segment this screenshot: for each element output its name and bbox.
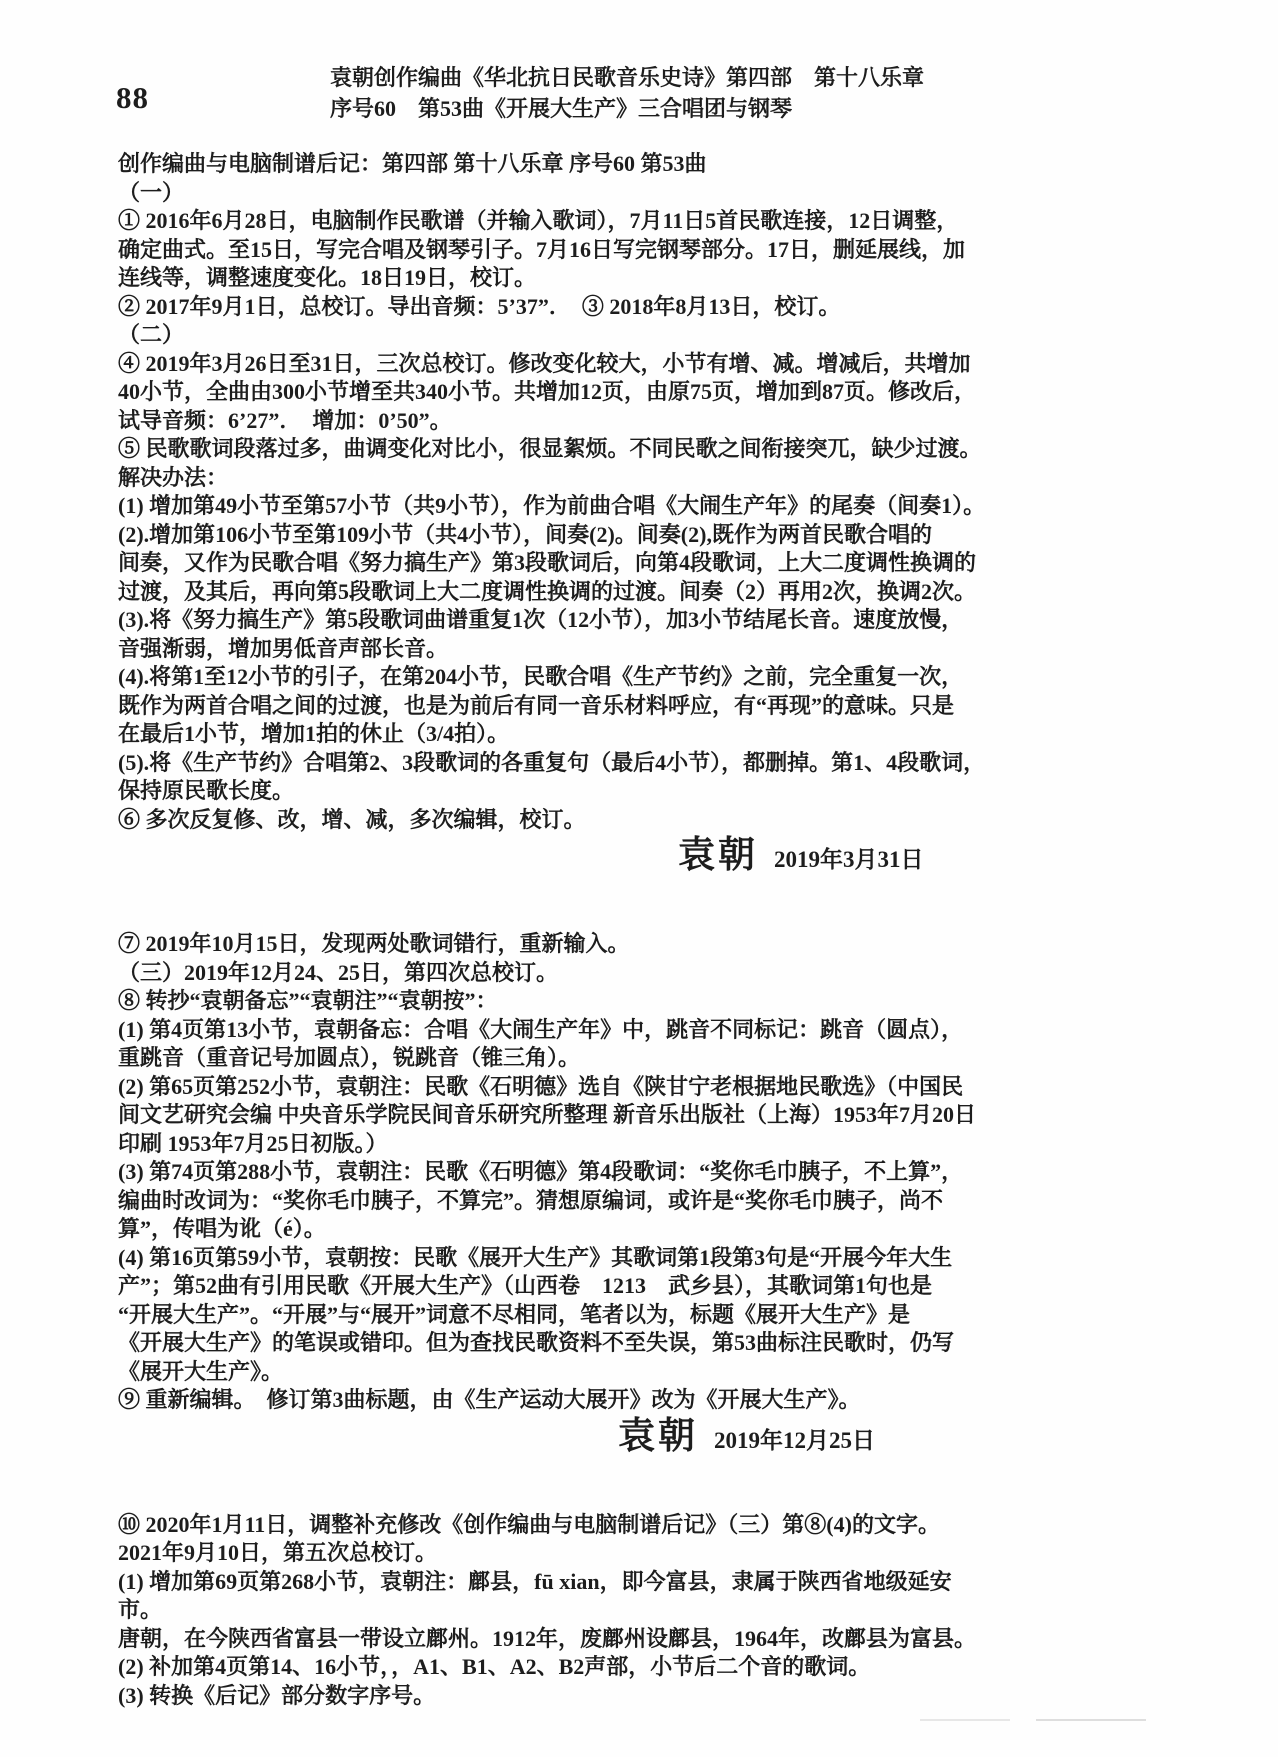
text-line: 在最后1小节，增加1拍的休止（3/4拍）。	[118, 720, 1178, 749]
text-line: ④ 2019年3月26日至31日，三次总校订。修改变化较大，小节有增、减。增减后…	[118, 350, 1178, 379]
text-line: “开展大生产”。“开展”与“展开”词意不尽相同，笔者以为，标题《展开大生产》是	[118, 1301, 1178, 1330]
text-line: 算”，传唱为讹（é）。	[118, 1215, 1178, 1244]
text-line: (2) 第65页第252小节，袁朝注：民歌《石明德》选自《陕甘宁老根据地民歌选》…	[118, 1073, 1178, 1102]
text-line: (4) 第16页第59小节，袁朝按：民歌《展开大生产》其歌词第1段第3句是“开展…	[118, 1244, 1178, 1273]
text-line: 解决办法：	[118, 464, 1178, 493]
text-line: (4).将第1至12小节的引子，在第204小节，民歌合唱《生产节约》之前，完全重…	[118, 663, 1178, 692]
text-line: 音强渐弱，增加男低音声部长音。	[118, 635, 1178, 664]
text-line: 《开展大生产》的笔误或错印。但为查找民歌资料不至失误，第53曲标注民歌时，仍写	[118, 1329, 1178, 1358]
text-line: 既作为两首合唱之间的过渡，也是为前后有同一音乐材料呼应，有“再现”的意味。只是	[118, 692, 1178, 721]
text-line: (3) 转换《后记》部分数字序号。	[118, 1682, 1178, 1711]
text-line: 创作编曲与电脑制谱后记：第四部 第十八乐章 序号60 第53曲	[118, 150, 1178, 179]
text-line: （二）	[118, 321, 1178, 350]
text-line: （三）2019年12月24、25日，第四次总校订。	[118, 959, 1178, 988]
text-line: (1) 第4页第13小节，袁朝备忘：合唱《大闹生产年》中，跳音不同标记：跳音（圆…	[118, 1016, 1178, 1045]
text-line: ⑨ 重新编辑。 修订第3曲标题，由《生产运动大展开》改为《开展大生产》。	[118, 1386, 1178, 1415]
header-line-2: 序号60 第53曲《开展大生产》三合唱团与钢琴	[330, 93, 924, 124]
watermark-mark-right	[1036, 1719, 1146, 1721]
text-line: 《展开大生产》。	[118, 1358, 1178, 1387]
text-line: (3).将《努力搞生产》第5段歌词曲谱重复1次（12小节），加3小节结尾长音。速…	[118, 606, 1178, 635]
text-line: 唐朝，在今陕西省富县一带设立鄜州。1912年，废鄜州设鄜县，1964年，改鄜县为…	[118, 1625, 1178, 1654]
text-line: 市。	[118, 1596, 1178, 1625]
text-line: ⑤ 民歌歌词段落过多，曲调变化对比小，很显絮烦。不同民歌之间衔接突兀，缺少过渡。	[118, 435, 1178, 464]
signature-name: 袁朝	[618, 1423, 698, 1452]
vertical-gap	[118, 1471, 1178, 1511]
text-line: 编曲时改词为：“奖你毛巾胰子，不算完”。猜想原编词，或许是“奖你毛巾胰子，尚不	[118, 1187, 1178, 1216]
text-line: (1) 增加第49小节至第57小节（共9小节），作为前曲合唱《大闹生产年》的尾奏…	[118, 492, 1178, 521]
text-line: ⑧ 转抄“袁朝备忘”“袁朝注”“袁朝按”：	[118, 987, 1178, 1016]
text-line: ① 2016年6月28日，电脑制作民歌谱（并输入歌词），7月11日5首民歌连接，…	[118, 207, 1178, 236]
text-line: (2) 补加第4页第14、16小节，，A1、B1、A2、B2声部，小节后二个音的…	[118, 1653, 1178, 1682]
text-line: (5).将《生产节约》合唱第2、3段歌词的各重复句（最后4小节），都删掉。第1、…	[118, 749, 1178, 778]
document-header: 袁朝创作编曲《华北抗日民歌音乐史诗》第四部 第十八乐章 序号60 第53曲《开展…	[330, 62, 924, 124]
signature-block: 袁朝2019年3月31日	[118, 842, 1178, 890]
document-body: 创作编曲与电脑制谱后记：第四部 第十八乐章 序号60 第53曲（一）① 2016…	[118, 150, 1178, 1710]
document-page: 88 袁朝创作编曲《华北抗日民歌音乐史诗》第四部 第十八乐章 序号60 第53曲…	[0, 0, 1278, 1757]
text-line: 试导音频：6’27”． 增加：0’50”。	[118, 407, 1178, 436]
text-line: 间文艺研究会编 中央音乐学院民间音乐研究所整理 新音乐出版社（上海）1953年7…	[118, 1101, 1178, 1130]
signature-name: 袁朝	[678, 842, 758, 871]
text-line: ⑦ 2019年10月15日，发现两处歌词错行，重新输入。	[118, 930, 1178, 959]
vertical-gap	[118, 890, 1178, 930]
faint-watermark-smudge	[920, 1711, 1150, 1721]
signature-date: 2019年12月25日	[714, 1427, 875, 1456]
page-number: 88	[116, 80, 149, 116]
text-line: 产”；第52曲有引用民歌《开展大生产》（山西卷 1213 武乡县），其歌词第1句…	[118, 1272, 1178, 1301]
text-line: 过渡，及其后，再向第5段歌词上大二度调性换调的过渡。间奏（2）再用2次，换调2次…	[118, 578, 1178, 607]
signature-block: 袁朝2019年12月25日	[118, 1423, 1178, 1471]
text-line: 保持原民歌长度。	[118, 777, 1178, 806]
text-line: 2021年9月10日，第五次总校订。	[118, 1539, 1178, 1568]
text-line: ⑩ 2020年1月11日，调整补充修改《创作编曲与电脑制谱后记》（三）第⑧(4)…	[118, 1511, 1178, 1540]
text-line: 确定曲式。至15日，写完合唱及钢琴引子。7月16日写完钢琴部分。17日，删延展线…	[118, 236, 1178, 265]
text-line: 间奏，又作为民歌合唱《努力搞生产》第3段歌词后，向第4段歌词，上大二度调性换调的	[118, 549, 1178, 578]
text-line: (1) 增加第69页第268小节，袁朝注：鄜县，fū xian，即今富县，隶属于…	[118, 1568, 1178, 1597]
text-line: （一）	[118, 179, 1178, 208]
signature-date: 2019年3月31日	[774, 846, 924, 875]
header-line-1: 袁朝创作编曲《华北抗日民歌音乐史诗》第四部 第十八乐章	[330, 62, 924, 93]
text-line: 印刷 1953年7月25日初版。）	[118, 1130, 1178, 1159]
text-line: 重跳音（重音记号加圆点），锐跳音（锥三角）。	[118, 1044, 1178, 1073]
watermark-mark-left	[920, 1719, 1010, 1721]
text-line: ② 2017年9月1日，总校订。导出音频：5’37”． ③ 2018年8月13日…	[118, 293, 1178, 322]
text-line: (2).增加第106小节至第109小节（共4小节），间奏(2)。间奏(2),既作…	[118, 521, 1178, 550]
text-line: 连线等，调整速度变化。18日19日，校订。	[118, 264, 1178, 293]
text-line: 40小节，全曲由300小节增至共340小节。共增加12页，由原75页，增加到87…	[118, 378, 1178, 407]
text-line: (3) 第74页第288小节，袁朝注：民歌《石明德》第4段歌词：“奖你毛巾胰子，…	[118, 1158, 1178, 1187]
text-line: ⑥ 多次反复修、改，增、减，多次编辑，校订。	[118, 806, 1178, 835]
